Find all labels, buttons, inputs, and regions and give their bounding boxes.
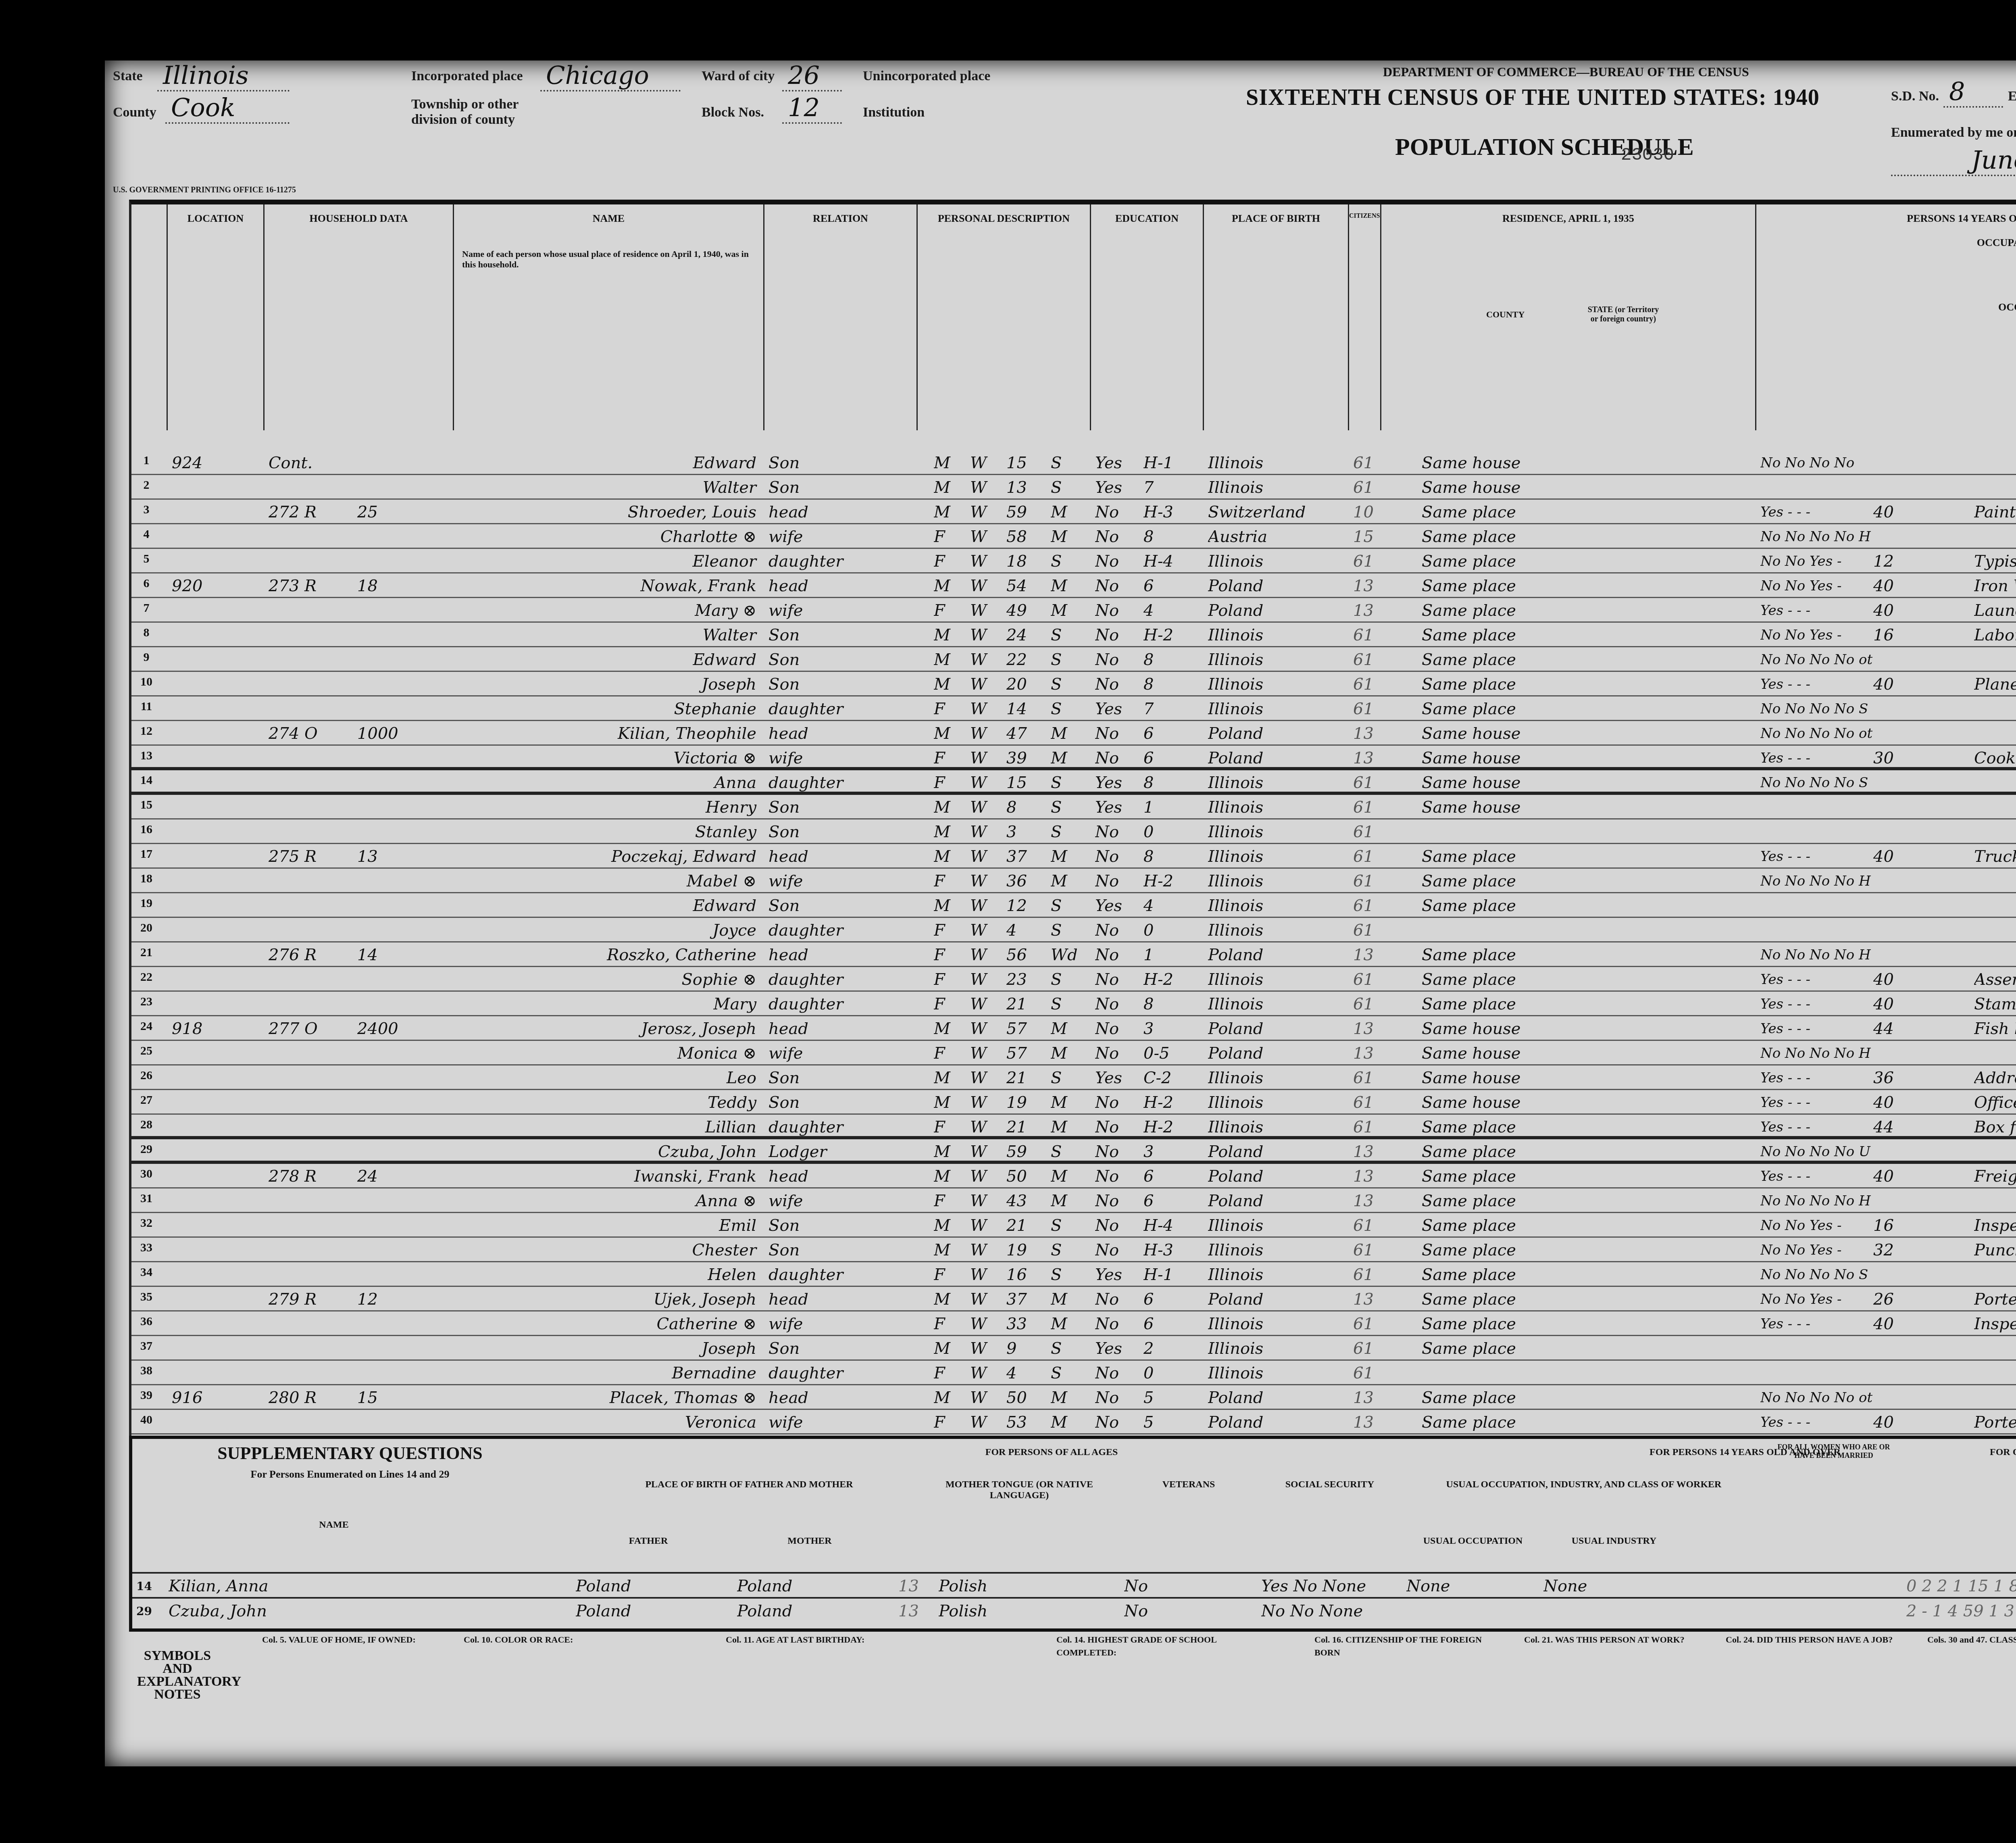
rent-value <box>357 1042 438 1065</box>
birth-code: 61 <box>1353 969 1381 991</box>
relation: wife <box>768 1190 914 1212</box>
rent-value <box>357 1411 438 1434</box>
table-row: 15 Henry Son M W 8 S Yes 1 Illinois 61 S… <box>131 795 2016 819</box>
rent-value <box>357 1092 438 1114</box>
name-header-title: NAME <box>454 213 763 225</box>
table-row: 39 916 280 R 15 Placek, Thomas ⊗ head M … <box>131 1385 2016 1410</box>
grade: 1 <box>1143 796 1200 819</box>
supp-line: 29 <box>136 1600 160 1622</box>
ward-value: 26 <box>782 60 842 92</box>
race: W <box>970 1116 994 1138</box>
household-number: 278 R <box>269 1165 349 1188</box>
race: W <box>970 1387 994 1409</box>
grade: 0 <box>1143 919 1200 942</box>
birth-code: 13 <box>1353 575 1381 597</box>
grade: 6 <box>1143 1165 1200 1188</box>
occupation-header-title: OCCUPATION, INDUSTRY, AND CLASS OF WORKE… <box>1966 237 2016 249</box>
sex: M <box>934 1018 958 1040</box>
line-number: 30 <box>132 1167 160 1181</box>
age: 23 <box>1006 969 1043 991</box>
age: 57 <box>1006 1018 1043 1040</box>
birth-code: 61 <box>1353 1116 1381 1138</box>
residence-state-sub: STATE (or Territory or foreign country) <box>1583 305 1664 324</box>
relation: Son <box>768 452 914 474</box>
table-row: 7 Mary ⊗ wife F W 49 M No 4 Poland 13 Sa… <box>131 598 2016 623</box>
household-number <box>269 1067 349 1089</box>
house-number <box>172 821 212 843</box>
occupation: Inspector <box>1974 1313 2016 1335</box>
birthplace: Illinois <box>1208 1215 1345 1237</box>
age: 33 <box>1006 1313 1043 1335</box>
age: 14 <box>1006 698 1043 720</box>
line-number: 20 <box>132 921 160 935</box>
school: No <box>1095 673 1135 696</box>
birth-code: 61 <box>1353 1067 1381 1089</box>
household-header: HOUSEHOLD DATA <box>264 204 454 430</box>
supp-veteran: No <box>1124 1600 1205 1622</box>
age: 21 <box>1006 1067 1043 1089</box>
household-number: 277 O <box>269 1018 349 1040</box>
birth-code: 13 <box>1353 1387 1381 1409</box>
house-number <box>172 1190 212 1212</box>
age: 57 <box>1006 1042 1043 1065</box>
grade: 6 <box>1143 1313 1200 1335</box>
age: 59 <box>1006 501 1043 523</box>
supp-tongue: Polish <box>939 1575 1092 1597</box>
grade: 6 <box>1143 1288 1200 1311</box>
person-name: Anna <box>458 772 760 794</box>
person-name: Jerosz, Joseph <box>458 1018 760 1040</box>
age: 47 <box>1006 723 1043 745</box>
employment-status: No No Yes - <box>1760 624 1970 646</box>
age: 18 <box>1006 550 1043 573</box>
hours-worked <box>1873 526 1922 548</box>
employment-status: No No No No ot <box>1760 723 1970 745</box>
employment-status <box>1760 796 1970 819</box>
birthplace: Illinois <box>1208 821 1345 843</box>
supp-tongue-col: MOTHER TONGUE (OR NATIVE LANGUAGE) <box>939 1479 1100 1501</box>
age: 9 <box>1006 1338 1043 1360</box>
birth-code: 61 <box>1353 1264 1381 1286</box>
sex: M <box>934 673 958 696</box>
sex: F <box>934 969 958 991</box>
school: No <box>1095 624 1135 646</box>
table-row: 34 Helen daughter F W 16 S Yes H-1 Illin… <box>131 1262 2016 1287</box>
sex: F <box>934 747 958 769</box>
grade: 5 <box>1143 1387 1200 1409</box>
hours-worked: 16 <box>1873 624 1922 646</box>
relation: wife <box>768 747 914 769</box>
school: No <box>1095 944 1135 966</box>
sex: M <box>934 1141 958 1163</box>
employment-status: No No No No H <box>1760 1190 1970 1212</box>
birthplace: Poland <box>1208 1387 1345 1409</box>
table-row: 1 924 Cont. Edward Son M W 15 S Yes H-1 … <box>131 450 2016 475</box>
birth-code: 10 <box>1353 501 1381 523</box>
race: W <box>970 649 994 671</box>
birth-code: 61 <box>1353 452 1381 474</box>
relation: head <box>768 846 914 868</box>
line-number: 8 <box>132 626 160 640</box>
rent-value: 1000 <box>357 723 438 745</box>
relation: head <box>768 944 914 966</box>
occupation <box>1974 796 2016 819</box>
birthplace: Illinois <box>1208 772 1345 794</box>
line-number: 27 <box>132 1093 160 1107</box>
relation: daughter <box>768 1116 914 1138</box>
occupation <box>1974 821 2016 843</box>
marital-status: M <box>1051 1190 1087 1212</box>
marital-status: M <box>1051 1018 1087 1040</box>
table-row: 21 276 R 14 Roszko, Catherine head F W 5… <box>131 942 2016 967</box>
house-number: 916 <box>172 1387 212 1409</box>
age: 58 <box>1006 526 1043 548</box>
birth-code: 61 <box>1353 550 1381 573</box>
household-number <box>269 600 349 622</box>
house-number <box>172 846 212 868</box>
school: No <box>1095 1092 1135 1114</box>
age: 54 <box>1006 575 1043 597</box>
incorporated-label: Incorporated place <box>411 69 523 84</box>
state-label: State <box>113 69 143 84</box>
person-name: Stanley <box>458 821 760 843</box>
hours-worked <box>1873 723 1922 745</box>
sex: F <box>934 1411 958 1434</box>
line-number: 37 <box>132 1339 160 1353</box>
table-row: 40 Veronica wife F W 53 M No 5 Poland 13… <box>131 1410 2016 1434</box>
supp-name-col: NAME <box>213 1520 455 1530</box>
rent-value <box>357 969 438 991</box>
occupation <box>1974 649 2016 671</box>
birth-code: 61 <box>1353 673 1381 696</box>
employment-header-title: PERSONS 14 YEARS OLD AND OVER—EMPLOYMENT… <box>1756 213 2016 225</box>
table-row: 38 Bernadine daughter F W 4 S No 0 Illin… <box>131 1361 2016 1385</box>
house-number <box>172 649 212 671</box>
house-number <box>172 944 212 966</box>
school: No <box>1095 649 1135 671</box>
birthplace: Illinois <box>1208 1239 1345 1261</box>
residence-1935: Same place <box>1422 526 1623 548</box>
school: Yes <box>1095 698 1135 720</box>
stamp-number: 23030 <box>1621 145 1674 165</box>
relation: head <box>768 1288 914 1311</box>
sex: F <box>934 944 958 966</box>
person-name: Edward <box>458 649 760 671</box>
line-number: 39 <box>132 1389 160 1402</box>
table-row: 10 Joseph Son M W 20 S No 8 Illinois 61 … <box>131 672 2016 696</box>
relation: wife <box>768 1411 914 1434</box>
birth-code: 61 <box>1353 1215 1381 1237</box>
marital-status: S <box>1051 477 1087 499</box>
person-name: Mary ⊗ <box>458 600 760 622</box>
hours-worked: 44 <box>1873 1116 1922 1138</box>
line-number: 13 <box>132 749 160 763</box>
supp-social: No No None <box>1261 1600 1398 1622</box>
occupation: Inspector <box>1974 1215 2016 1237</box>
table-row: 26 Leo Son M W 21 S Yes C-2 Illinois 61 … <box>131 1065 2016 1090</box>
census-sheet: State Illinois County Cook Incorporated … <box>105 60 2016 1766</box>
grade: 8 <box>1143 846 1200 868</box>
race: W <box>970 624 994 646</box>
residence-1935: Same house <box>1422 1067 1623 1089</box>
residence-1935: Same place <box>1422 1387 1623 1409</box>
relation: Son <box>768 821 914 843</box>
residence-1935: Same place <box>1422 895 1623 917</box>
birthplace: Illinois <box>1208 477 1345 499</box>
block-value: 12 <box>782 93 842 124</box>
employment-status: No No Yes - <box>1760 1215 1970 1237</box>
age: 37 <box>1006 1288 1043 1311</box>
residence-1935: Same house <box>1422 796 1623 819</box>
education-header: EDUCATION <box>1091 204 1204 430</box>
sex: M <box>934 1215 958 1237</box>
person-name: Ujek, Joseph <box>458 1288 760 1311</box>
rent-value: 14 <box>357 944 438 966</box>
department-title: DEPARTMENT OF COMMERCE—BUREAU OF THE CEN… <box>1383 65 1749 79</box>
sex: M <box>934 575 958 597</box>
birthplace: Poland <box>1208 944 1345 966</box>
house-number <box>172 526 212 548</box>
line-number: 2 <box>132 478 160 492</box>
household-number <box>269 1362 349 1384</box>
sex: F <box>934 600 958 622</box>
employment-status: Yes - - - <box>1760 1165 1970 1188</box>
house-number <box>172 501 212 523</box>
sex: F <box>934 1313 958 1335</box>
employment-status: No No No No ot <box>1760 1387 1970 1409</box>
line-number: 21 <box>132 946 160 959</box>
line-number: 23 <box>132 995 160 1009</box>
race: W <box>970 1362 994 1384</box>
school: No <box>1095 870 1135 892</box>
note-col21: Col. 21. WAS THIS PERSON AT WORK? <box>1524 1633 1702 1646</box>
household-number: 275 R <box>269 846 349 868</box>
birthplace: Poland <box>1208 1018 1345 1040</box>
employment-status: Yes - - - <box>1760 747 1970 769</box>
marital-status: M <box>1051 846 1087 868</box>
residence-1935: Same place <box>1422 550 1623 573</box>
school: Yes <box>1095 772 1135 794</box>
household-number <box>269 1313 349 1335</box>
race: W <box>970 550 994 573</box>
household-number <box>269 550 349 573</box>
race: W <box>970 1165 994 1188</box>
grade: 8 <box>1143 526 1200 548</box>
school: No <box>1095 969 1135 991</box>
employment-status: No No No No U <box>1760 1141 1970 1163</box>
employment-status: Yes - - - <box>1760 1092 1970 1114</box>
residence-1935: Same house <box>1422 477 1623 499</box>
race: W <box>970 723 994 745</box>
residence-1935: Same place <box>1422 1215 1623 1237</box>
marital-status: S <box>1051 698 1087 720</box>
line-number: 40 <box>132 1413 160 1427</box>
rent-value <box>357 747 438 769</box>
residence-header: RESIDENCE, APRIL 1, 1935 COUNTY STATE (o… <box>1381 204 1756 430</box>
birthplace: Illinois <box>1208 649 1345 671</box>
rent-value <box>357 821 438 843</box>
table-row: 9 Edward Son M W 22 S No 8 Illinois 61 S… <box>131 647 2016 672</box>
birth-code: 61 <box>1353 624 1381 646</box>
race: W <box>970 452 994 474</box>
birthplace: Illinois <box>1208 1338 1345 1360</box>
hours-worked <box>1873 452 1922 474</box>
residence-1935 <box>1422 1362 1623 1384</box>
person-name: Walter <box>458 477 760 499</box>
birth-code: 61 <box>1353 919 1381 942</box>
person-name: Edward <box>458 895 760 917</box>
residence-1935: Same place <box>1422 1288 1623 1311</box>
hours-worked <box>1873 870 1922 892</box>
rent-value <box>357 649 438 671</box>
line-number: 24 <box>132 1019 160 1033</box>
birth-code: 13 <box>1353 1141 1381 1163</box>
relation: Son <box>768 1215 914 1237</box>
house-number <box>172 747 212 769</box>
age: 3 <box>1006 821 1043 843</box>
school: No <box>1095 846 1135 868</box>
supp-subtitle: For Persons Enumerated on Lines 14 and 2… <box>140 1464 560 1485</box>
employment-status: Yes - - - <box>1760 1313 1970 1335</box>
age: 8 <box>1006 796 1043 819</box>
age: 53 <box>1006 1411 1043 1434</box>
household-number <box>269 1338 349 1360</box>
table-row: 2 Walter Son M W 13 S Yes 7 Illinois 61 … <box>131 475 2016 500</box>
relation: Son <box>768 796 914 819</box>
birth-code: 61 <box>1353 1092 1381 1114</box>
marital-status: S <box>1051 649 1087 671</box>
person-name: Edward <box>458 452 760 474</box>
table-row: 30 278 R 24 Iwanski, Frank head M W 50 M… <box>131 1164 2016 1188</box>
household-number: 276 R <box>269 944 349 966</box>
grade: 1 <box>1143 944 1200 966</box>
note-col30: Cols. 30 and 47. CLASS OF WORKER <box>1927 1633 2016 1646</box>
household-number <box>269 1215 349 1237</box>
residence-1935: Same place <box>1422 1165 1623 1188</box>
employment-status: Yes - - - <box>1760 993 1970 1015</box>
marital-status: S <box>1051 993 1087 1015</box>
hours-worked: 36 <box>1873 1067 1922 1089</box>
hours-worked: 44 <box>1873 1018 1922 1040</box>
relation: Son <box>768 624 914 646</box>
table-row: 4 Charlotte ⊗ wife F W 58 M No 8 Austria… <box>131 524 2016 549</box>
person-name: Iwanski, Frank <box>458 1165 760 1188</box>
employment-status: No No No No S <box>1760 772 1970 794</box>
person-name: Mary <box>458 993 760 1015</box>
age: 13 <box>1006 477 1043 499</box>
race: W <box>970 600 994 622</box>
birthplace: Illinois <box>1208 969 1345 991</box>
occupation <box>1974 526 2016 548</box>
rent-value <box>357 1362 438 1384</box>
house-number <box>172 796 212 819</box>
occupation: Laborer <box>1974 624 2016 646</box>
employment-status: Yes - - - <box>1760 1116 1970 1138</box>
person-name: Stephanie <box>458 698 760 720</box>
race: W <box>970 575 994 597</box>
birthplace: Poland <box>1208 575 1345 597</box>
unincorporated-label: Unincorporated place <box>863 69 990 84</box>
ed-label: E.D. No. <box>2008 89 2016 104</box>
age: 20 <box>1006 673 1043 696</box>
table-row: 25 Monica ⊗ wife F W 57 M No 0-5 Poland … <box>131 1041 2016 1065</box>
grade: 3 <box>1143 1141 1200 1163</box>
person-name: Eleanor <box>458 550 760 573</box>
relation: daughter <box>768 919 914 942</box>
hours-worked: 12 <box>1873 550 1922 573</box>
occupation: Freight handler <box>1974 1165 2016 1188</box>
household-number <box>269 796 349 819</box>
hours-worked <box>1873 1264 1922 1286</box>
table-row: 24 918 277 O 2400 Jerosz, Joseph head M … <box>131 1016 2016 1041</box>
employment-header: PERSONS 14 YEARS OLD AND OVER—EMPLOYMENT… <box>1756 204 2016 430</box>
house-number <box>172 698 212 720</box>
table-row: 31 Anna ⊗ wife F W 43 M No 6 Poland 13 S… <box>131 1188 2016 1213</box>
relation-header: RELATION <box>764 204 918 430</box>
residence-1935: Same place <box>1422 575 1623 597</box>
line-number: 12 <box>132 724 160 738</box>
person-name: Czuba, John <box>458 1141 760 1163</box>
sex: M <box>934 723 958 745</box>
occupation <box>1974 1362 2016 1384</box>
house-number <box>172 993 212 1015</box>
rent-value: 24 <box>357 1165 438 1188</box>
employment-status: No No No No H <box>1760 526 1970 548</box>
residence-1935: Same place <box>1422 1116 1623 1138</box>
school: No <box>1095 550 1135 573</box>
house-number <box>172 1067 212 1089</box>
race: W <box>970 477 994 499</box>
house-number <box>172 1411 212 1434</box>
occupation <box>1974 1338 2016 1360</box>
household-number <box>269 870 349 892</box>
ward-label: Ward of city <box>702 69 775 84</box>
race: W <box>970 501 994 523</box>
school: Yes <box>1095 477 1135 499</box>
employment-status: No No No No <box>1760 452 1970 474</box>
table-row: 27 Teddy Son M W 19 M No H-2 Illinois 61… <box>131 1090 2016 1115</box>
hours-worked <box>1873 477 1922 499</box>
race: W <box>970 1092 994 1114</box>
race: W <box>970 698 994 720</box>
age: 43 <box>1006 1190 1043 1212</box>
school: No <box>1095 919 1135 942</box>
line-number: 32 <box>132 1216 160 1230</box>
residence-1935 <box>1422 821 1623 843</box>
supp-usual-occ-col: USUAL OCCUPATION <box>1402 1536 1543 1547</box>
person-name: Teddy <box>458 1092 760 1114</box>
sex: M <box>934 846 958 868</box>
occupation: Punch press <box>1974 1239 2016 1261</box>
grade: 6 <box>1143 723 1200 745</box>
employment-status <box>1760 895 1970 917</box>
supp-code: 13 <box>898 1575 931 1597</box>
birthplace: Poland <box>1208 723 1345 745</box>
house-number <box>172 624 212 646</box>
birth-code: 61 <box>1353 1239 1381 1261</box>
sex: M <box>934 477 958 499</box>
birthplace: Illinois <box>1208 1067 1345 1089</box>
race: W <box>970 1264 994 1286</box>
supp-social: Yes No None <box>1261 1575 1398 1597</box>
marital-status: S <box>1051 1338 1087 1360</box>
household-number <box>269 1190 349 1212</box>
birth-code: 61 <box>1353 698 1381 720</box>
birth-code: 13 <box>1353 1018 1381 1040</box>
relation: head <box>768 723 914 745</box>
grade: H-2 <box>1143 1116 1200 1138</box>
grade: H-3 <box>1143 1239 1200 1261</box>
